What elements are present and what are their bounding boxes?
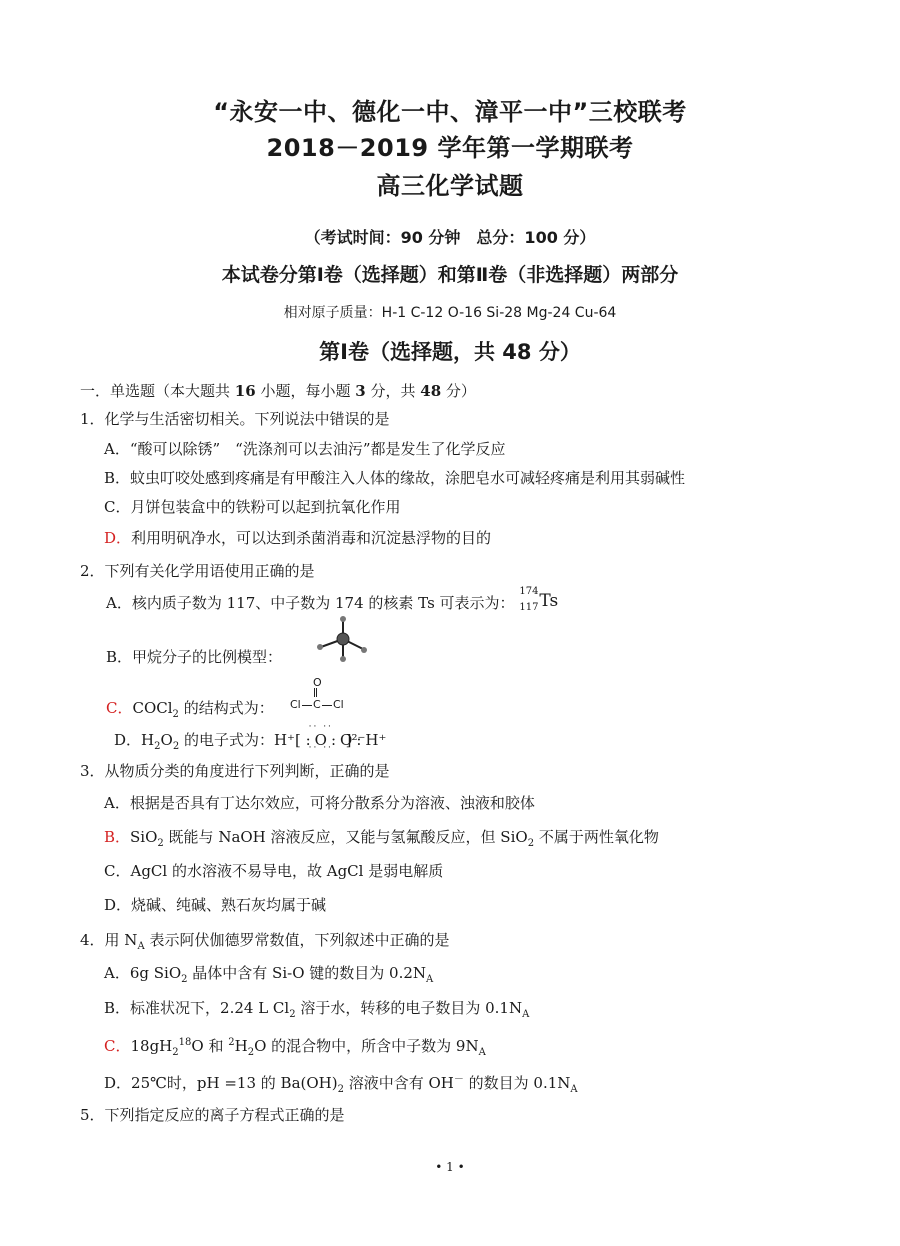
question-2-option-c: C．COCl2 的结构式为：: [106, 697, 274, 720]
question-3-stem: 3．从物质分类的角度进行下列判断，正确的是: [80, 760, 390, 781]
answer-marker: B．: [104, 828, 130, 846]
methane-model-figure: [312, 614, 368, 666]
question-4-stem: 4．用 NA 表示阿伏伽德罗常数值，下列叙述中正确的是: [80, 929, 449, 952]
question-2-option-a: A．核内质子数为 117、中子数为 174 的核素 Ts 可表示为： 174 1…: [106, 592, 565, 614]
exam-title-year: 2018－2019 学年第一学期联考: [0, 128, 900, 163]
section-title: 第Ⅰ卷（选择题，共 48 分）: [0, 336, 900, 366]
section-instruction: 一．单选题（本大题共 16 小题，每小题 3 分，共 48 分）: [80, 380, 476, 401]
cocl2-structural-formula: O Cl C Cl: [288, 676, 348, 712]
question-1-stem: 1．化学与生活密切相关。下列说法中错误的是: [80, 408, 390, 429]
exam-title-subject: 高三化学试题: [0, 166, 900, 201]
answer-marker: C．: [106, 699, 132, 717]
question-4-option-c: C．18gH218O 和 2H2O 的混合物中，所含中子数为 9NA: [104, 1035, 486, 1058]
page-number: • 1 •: [0, 1160, 900, 1174]
question-4-option-a: A．6g SiO2 晶体中含有 Si-O 键的数目为 0.2NA: [104, 962, 433, 985]
question-1-option-c: C．月饼包装盒中的铁粉可以起到抗氧化作用: [104, 496, 401, 517]
question-3-option-b: B．SiO2 既能与 NaOH 溶液反应，又能与氢氟酸反应，但 SiO2 不属于…: [104, 826, 659, 849]
question-2-option-b: B．甲烷分子的比例模型：: [106, 646, 282, 667]
atomic-masses: 相对原子质量：H-1 C-12 O-16 Si-28 Mg-24 Cu-64: [0, 302, 900, 322]
question-1-option-a: A．“酸可以除锈” “洗涤剂可以去油污”都是发生了化学反应: [104, 438, 506, 459]
question-1-option-d: D．利用明矾净水，可以达到杀菌消毒和沉淀悬浮物的目的: [104, 527, 491, 548]
answer-marker: C．: [104, 1037, 130, 1055]
question-5-stem: 5．下列指定反应的离子方程式正确的是: [80, 1104, 345, 1125]
question-3-option-a: A．根据是否具有丁达尔效应，可将分散系分为溶液、浊液和胶体: [104, 792, 535, 813]
question-4-option-b: B．标准状况下，2.24 L Cl2 溶于水，转移的电子数目为 0.1NA: [104, 997, 529, 1020]
question-2-stem: 2．下列有关化学用语使用正确的是: [80, 560, 315, 581]
question-3-option-d: D．烧碱、纯碱、熟石灰均属于碱: [104, 894, 326, 915]
question-2-option-d: D．H2O2 的电子式为：H⁺[ ·· ·· :O:O: ·· ·· ]²⁻H⁺: [114, 729, 386, 752]
answer-marker: D．: [104, 529, 131, 547]
question-1-option-b: B．蚊虫叮咬处感到疼痛是有甲酸注入人体的缘故，涂肥皂水可减轻疼痛是利用其弱碱性: [104, 467, 685, 488]
nuclide-notation: 174 117 Ts: [519, 592, 565, 614]
peroxide-electron-dots: ·· ·· :O:O: ·· ··: [306, 731, 346, 749]
electron-formula: H⁺[ ·· ·· :O:O: ·· ·· ]²⁻H⁺: [274, 731, 386, 749]
question-3-option-c: C．AgCl 的水溶液不易导电，故 AgCl 是弱电解质: [104, 860, 443, 881]
exam-info: （考试时间：90 分钟 总分：100 分）: [0, 225, 900, 248]
paper-structure: 本试卷分第Ⅰ卷（选择题）和第Ⅱ卷（非选择题）两部分: [0, 260, 900, 287]
question-4-option-d: D．25℃时，pH =13 的 Ba(OH)2 溶液中含有 OH－ 的数目为 0…: [104, 1070, 578, 1095]
exam-title-schools: “永安一中、德化一中、漳平一中”三校联考: [0, 92, 900, 127]
